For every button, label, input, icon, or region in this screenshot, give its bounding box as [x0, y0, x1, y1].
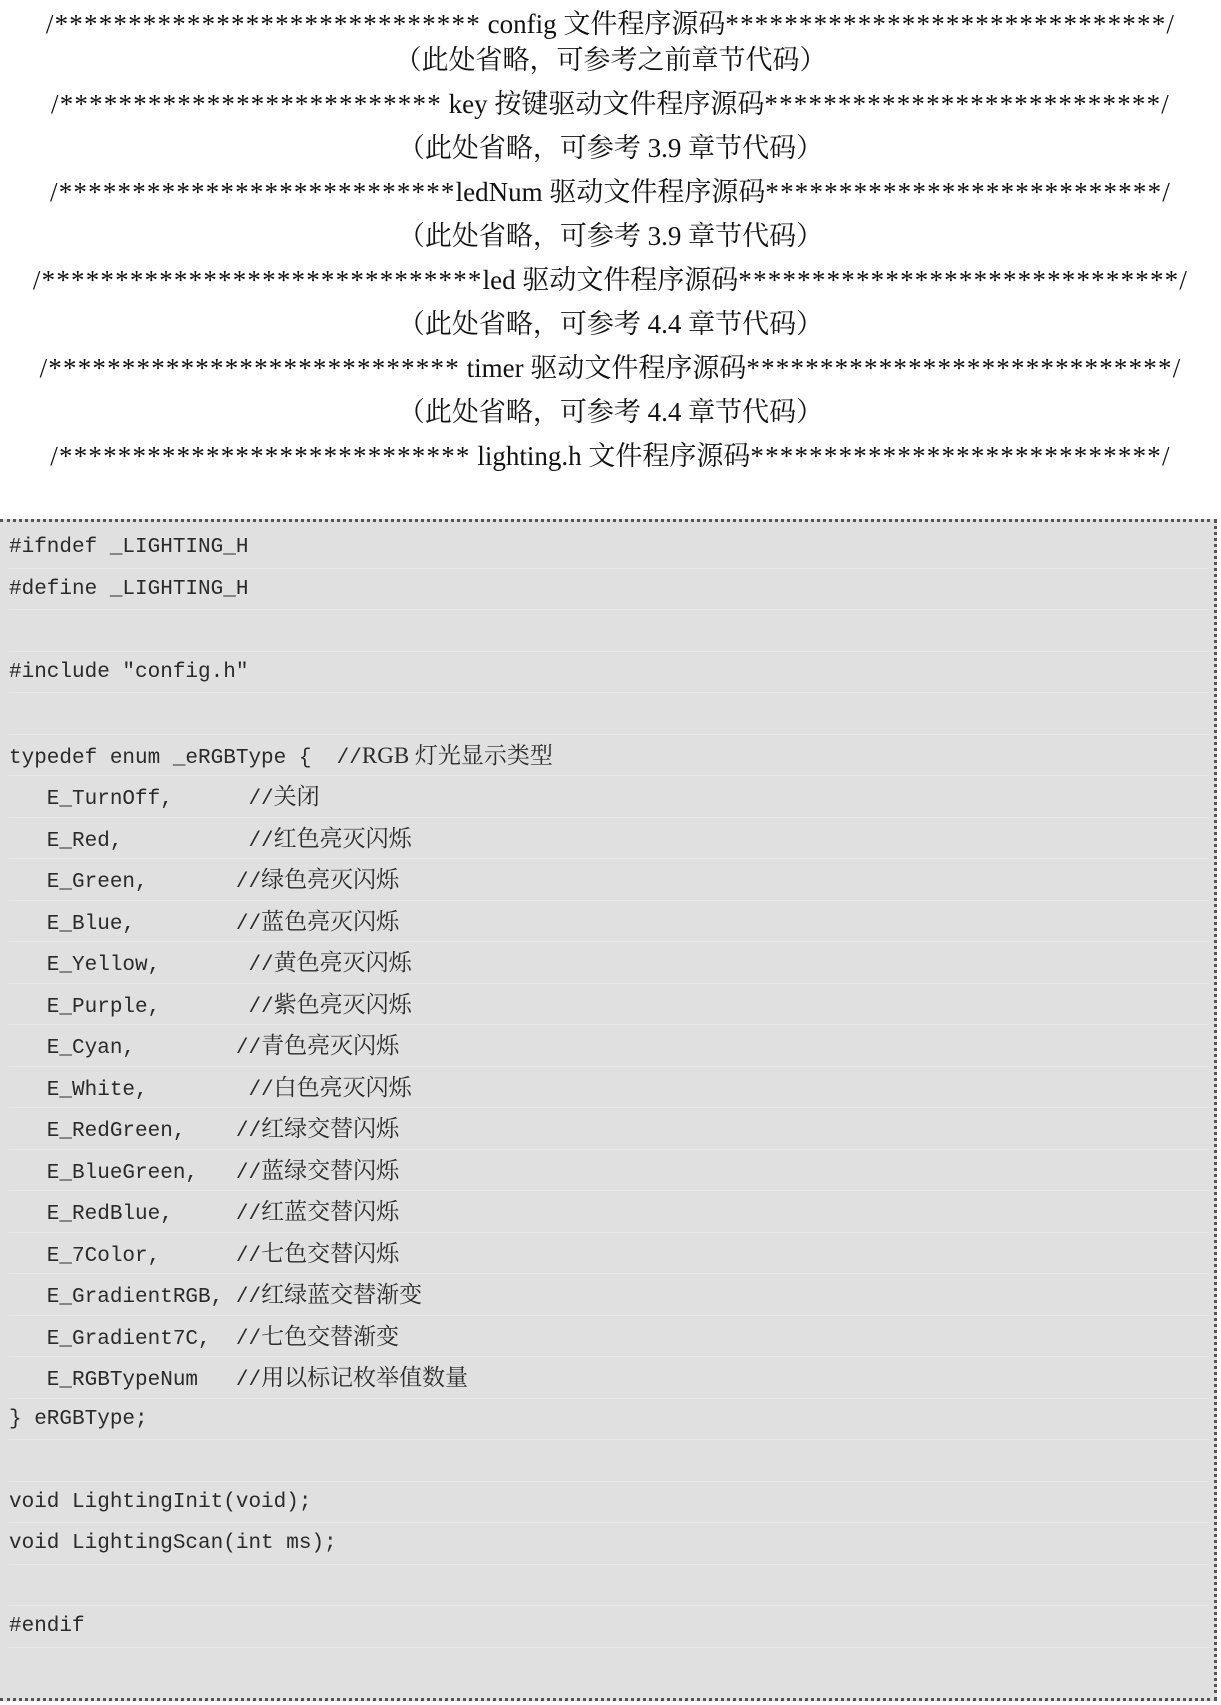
banner-stars-left: /****************************	[50, 441, 470, 471]
code-line: } eRGBType;	[9, 1399, 1209, 1441]
banner-label: key 按键驱动文件程序源码	[442, 89, 764, 119]
code-listing: #ifndef _LIGHTING_H#define _LIGHTING_H#i…	[0, 519, 1217, 1701]
note-led: （此处省略，可参考 4.4 章节代码）	[0, 300, 1221, 348]
code-text: E_Blue,	[9, 913, 236, 936]
banner-label: lighting.h 文件程序源码	[471, 441, 751, 471]
code-line: #endif	[9, 1606, 1209, 1648]
code-line	[9, 1565, 1209, 1607]
code-comment: 蓝绿交替闪烁	[261, 1158, 399, 1183]
banner-led: /******************************led 驱动文件程…	[0, 256, 1221, 304]
banner-stars-left: /***************************	[50, 177, 456, 207]
code-comment: 紫色亮灭闪烁	[274, 992, 412, 1017]
comment-marker: //	[236, 1037, 261, 1060]
banner-timer: /**************************** timer 驱动文件…	[0, 344, 1221, 392]
code-text: E_Yellow,	[9, 954, 248, 977]
code-text: E_Cyan,	[9, 1037, 236, 1060]
banner-stars-right: ******************************/	[725, 9, 1175, 39]
code-line: E_BlueGreen, //蓝绿交替闪烁	[9, 1150, 1209, 1192]
code-line: E_Cyan, //青色亮灭闪烁	[9, 1025, 1209, 1067]
code-line: E_RedGreen, //红绿交替闪烁	[9, 1108, 1209, 1150]
banner-key: /************************** key 按键驱动文件程序…	[0, 80, 1221, 128]
code-line: void LightingScan(int ms);	[9, 1523, 1209, 1565]
banner-stars-right: ***************************/	[765, 177, 1171, 207]
comment-marker: //	[248, 954, 273, 977]
code-line	[9, 693, 1209, 735]
code-text: typedef enum _eRGBType {	[9, 747, 337, 770]
code-text: E_RedGreen,	[9, 1120, 236, 1143]
code-text: #ifndef _LIGHTING_H	[9, 536, 248, 559]
comment-marker: //	[236, 1369, 261, 1392]
code-text: E_White,	[9, 1079, 248, 1102]
banner-stars-right: ****************************/	[750, 441, 1170, 471]
note-lednum: （此处省略，可参考 3.9 章节代码）	[0, 212, 1221, 260]
code-line	[9, 1440, 1209, 1482]
code-text: E_TurnOff,	[9, 788, 248, 811]
code-text: E_Purple,	[9, 996, 248, 1019]
code-comment: 红蓝交替闪烁	[261, 1199, 399, 1224]
banner-lednum: /***************************ledNum 驱动文件程…	[0, 168, 1221, 216]
comment-marker: //	[236, 1203, 261, 1226]
code-text: } eRGBType;	[9, 1408, 148, 1431]
banner-stars-right: ******************************/	[738, 265, 1188, 295]
note-config: （此处省略，可参考之前章节代码）	[0, 36, 1221, 84]
code-text: void LightingInit(void);	[9, 1491, 311, 1514]
banner-stars-left: /****************************	[40, 353, 460, 383]
banner-stars-left: /*****************************	[46, 9, 481, 39]
banner-stars-left: /******************************	[33, 265, 483, 295]
code-text: E_GradientRGB,	[9, 1286, 236, 1309]
comment-marker: //	[337, 747, 362, 770]
code-comment: 黄色亮灭闪烁	[274, 950, 412, 975]
banner-stars-right: *****************************/	[746, 353, 1181, 383]
code-line: E_Green, //绿色亮灭闪烁	[9, 859, 1209, 901]
banner-label: config 文件程序源码	[481, 9, 725, 39]
code-line: E_RGBTypeNum //用以标记枚举值数量	[9, 1357, 1209, 1399]
code-line: E_7Color, //七色交替闪烁	[9, 1233, 1209, 1275]
code-comment: 七色交替闪烁	[261, 1241, 399, 1266]
code-line: E_GradientRGB, //红绿蓝交替渐变	[9, 1274, 1209, 1316]
code-comment: 关闭	[274, 784, 320, 809]
code-comment: RGB 灯光显示类型	[362, 743, 553, 768]
code-line: E_Purple, //紫色亮灭闪烁	[9, 984, 1209, 1026]
code-text: #include "config.h"	[9, 661, 248, 684]
code-line: E_Yellow, //黄色亮灭闪烁	[9, 942, 1209, 984]
code-text: E_Gradient7C,	[9, 1328, 236, 1351]
banner-lighting-h: /**************************** lighting.h…	[0, 432, 1221, 480]
code-text: E_RGBTypeNum	[9, 1369, 236, 1392]
code-text: E_Red,	[9, 830, 248, 853]
code-line	[9, 610, 1209, 652]
comment-marker: //	[236, 1245, 261, 1268]
comment-marker: //	[248, 996, 273, 1019]
code-text: #define _LIGHTING_H	[9, 578, 248, 601]
code-line: typedef enum _eRGBType { //RGB 灯光显示类型	[9, 735, 1209, 777]
comment-marker: //	[236, 1286, 261, 1309]
code-line: E_RedBlue, //红蓝交替闪烁	[9, 1191, 1209, 1233]
code-text: #endif	[9, 1615, 85, 1638]
code-text: E_RedBlue,	[9, 1203, 236, 1226]
banner-label: timer 驱动文件程序源码	[460, 353, 746, 383]
code-line: E_Blue, //蓝色亮灭闪烁	[9, 901, 1209, 943]
code-line: #include "config.h"	[9, 652, 1209, 694]
code-text: E_Green,	[9, 871, 236, 894]
code-comment: 青色亮灭闪烁	[261, 1033, 399, 1058]
code-comment: 绿色亮灭闪烁	[261, 867, 399, 892]
code-comment: 白色亮灭闪烁	[274, 1075, 412, 1100]
banner-label: ledNum 驱动文件程序源码	[456, 177, 766, 207]
comment-marker: //	[248, 1079, 273, 1102]
code-comment: 七色交替渐变	[261, 1324, 399, 1349]
code-line: #ifndef _LIGHTING_H	[9, 527, 1209, 569]
banner-stars-left: /**************************	[51, 89, 442, 119]
code-comment: 蓝色亮灭闪烁	[261, 909, 399, 934]
banner-label: led 驱动文件程序源码	[483, 265, 739, 295]
code-line: void LightingInit(void);	[9, 1482, 1209, 1524]
note-timer: （此处省略，可参考 4.4 章节代码）	[0, 388, 1221, 436]
code-comment: 红绿蓝交替渐变	[261, 1282, 422, 1307]
comment-marker: //	[236, 871, 261, 894]
code-comment: 红色亮灭闪烁	[274, 826, 412, 851]
note-key: （此处省略，可参考 3.9 章节代码）	[0, 124, 1221, 172]
comment-marker: //	[236, 1328, 261, 1351]
code-line: E_Gradient7C, //七色交替渐变	[9, 1316, 1209, 1358]
comment-marker: //	[248, 788, 273, 811]
banner-stars-right: ***************************/	[764, 89, 1170, 119]
code-line: #define _LIGHTING_H	[9, 569, 1209, 611]
code-text: E_BlueGreen,	[9, 1162, 236, 1185]
code-line: E_White, //白色亮灭闪烁	[9, 1067, 1209, 1109]
code-line: E_TurnOff, //关闭	[9, 776, 1209, 818]
code-text: E_7Color,	[9, 1245, 236, 1268]
code-comment: 红绿交替闪烁	[261, 1116, 399, 1141]
code-line: E_Red, //红色亮灭闪烁	[9, 818, 1209, 860]
code-comment: 用以标记枚举值数量	[261, 1365, 468, 1390]
code-text: void LightingScan(int ms);	[9, 1532, 337, 1555]
comment-marker: //	[248, 830, 273, 853]
comment-marker: //	[236, 1120, 261, 1143]
comment-marker: //	[236, 913, 261, 936]
comment-marker: //	[236, 1162, 261, 1185]
